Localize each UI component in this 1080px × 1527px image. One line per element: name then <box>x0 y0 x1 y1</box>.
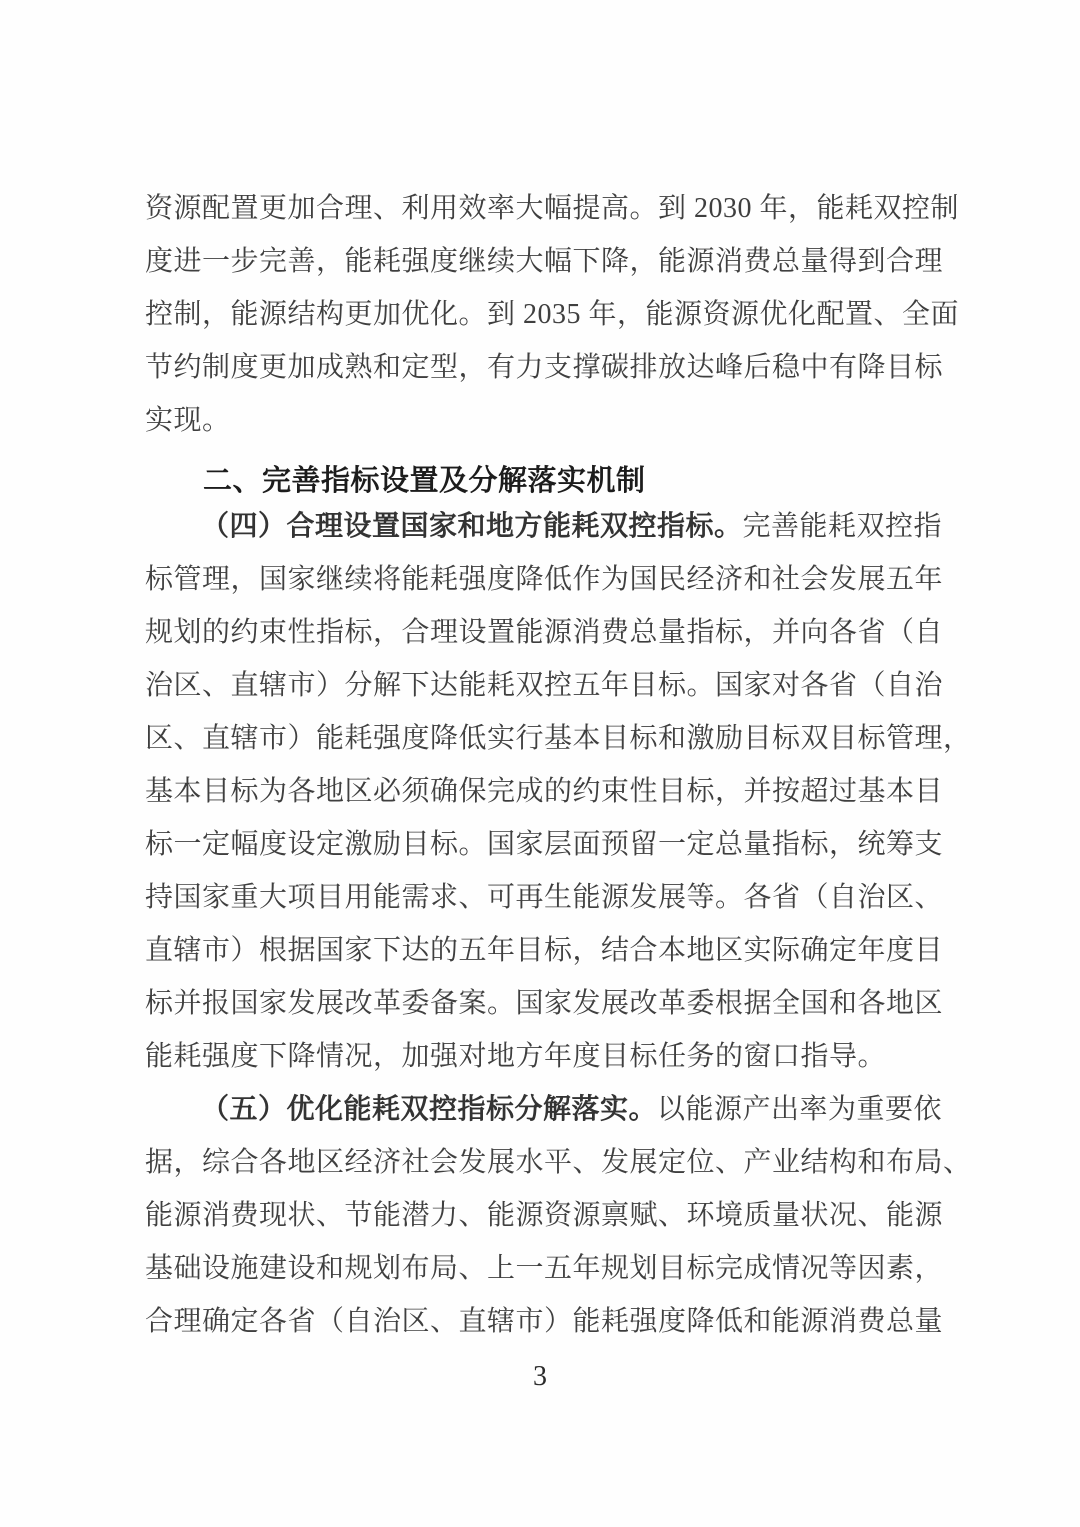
page-number: 3 <box>145 1356 935 1398</box>
item-4-body: 完善能耗双控指 标管理，国家继续将能耗强度降低作为国民经济和社会发展五年 规划的… <box>145 511 972 1072</box>
document-page: 资源配置更加合理、利用效率大幅提高。到 2030 年，能耗双控制 度进一步完善，… <box>0 0 1080 1527</box>
intro-paragraph: 资源配置更加合理、利用效率大幅提高。到 2030 年，能耗双控制 度进一步完善，… <box>145 182 980 447</box>
item-5-paragraph: （五）优化能耗双控指标分解落实。以能源产出率为重要依 据，综合各地区经济社会发展… <box>145 1083 980 1348</box>
item-5-lead: （五）优化能耗双控指标分解落实。 <box>201 1094 657 1125</box>
item-4-paragraph: （四）合理设置国家和地方能耗双控指标。完善能耗双控指 标管理，国家继续将能耗强度… <box>145 500 980 1083</box>
item-4-lead: （四）合理设置国家和地方能耗双控指标。 <box>201 511 743 542</box>
item-5-body: 以能源产出率为重要依 据，综合各地区经济社会发展水平、发展定位、产业结构和布局、… <box>145 1094 972 1337</box>
